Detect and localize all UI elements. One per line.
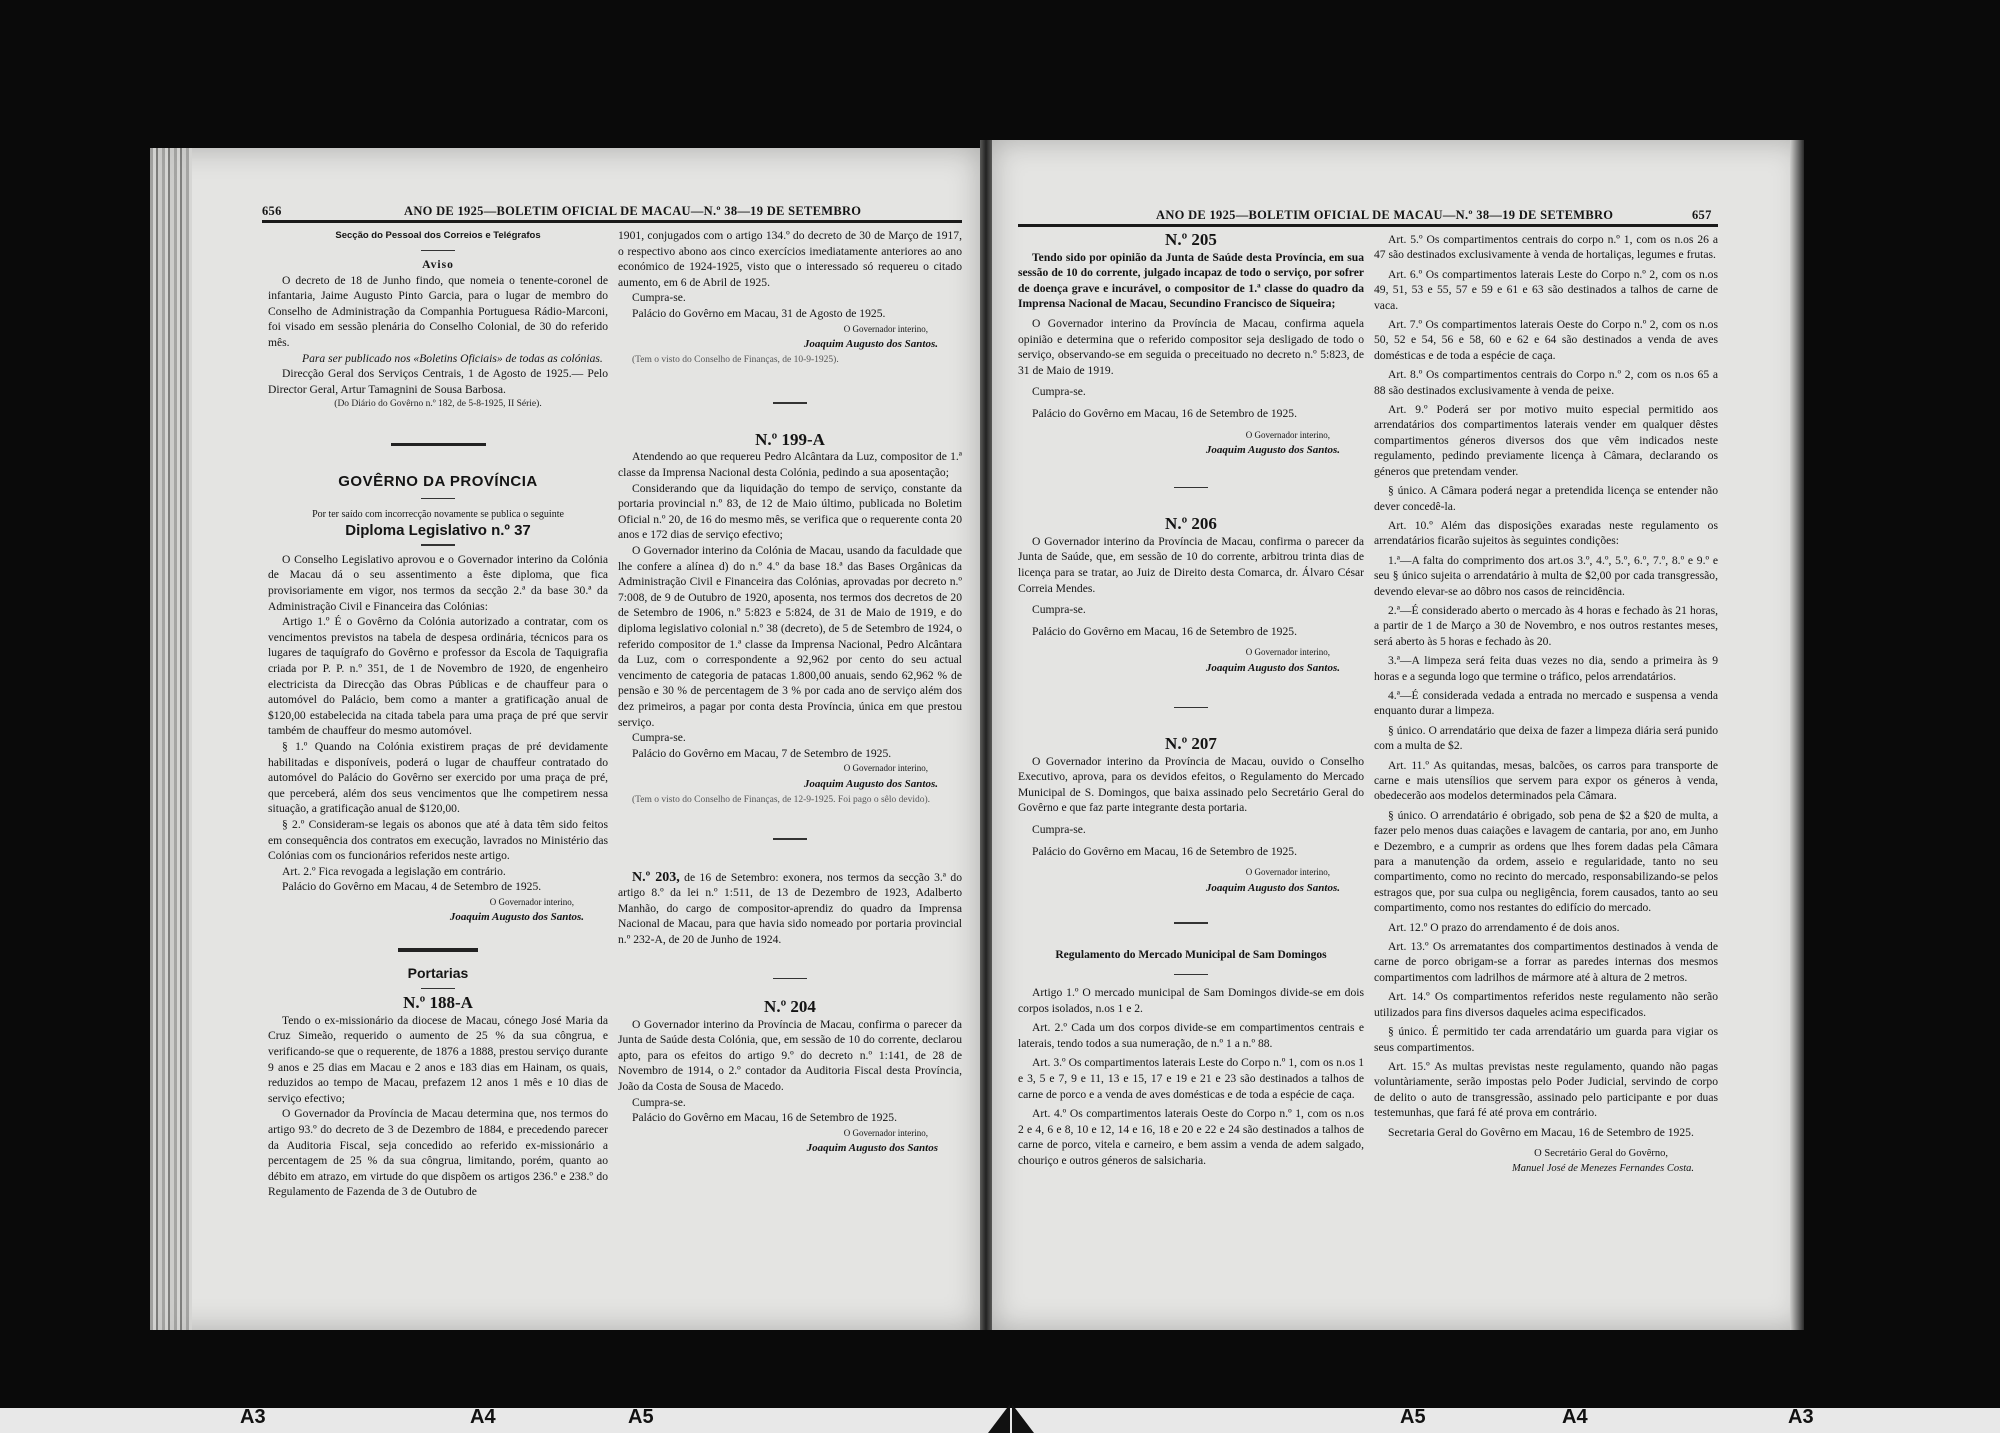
diploma-paragraph: Artigo 1.º É o Govêrno da Colónia autori… (268, 614, 608, 739)
film-mark: A4 (470, 1406, 496, 1429)
regulation-article: Art. 5.º Os compartimentos centrais do c… (1374, 232, 1718, 263)
signature-name: Manuel José de Menezes Fernandes Costa. (1374, 1161, 1718, 1176)
portaria-207-title: N.º 207 (1018, 736, 1364, 752)
signature-name: Joaquim Augusto dos Santos. (268, 910, 608, 926)
section-divider (1174, 922, 1208, 924)
cumpra-se: Cumpra-se. (1018, 602, 1364, 618)
signature-name: Joaquim Augusto dos Santos (618, 1141, 962, 1157)
regulation-article: Art. 3.º Os compartimentos laterais Lest… (1018, 1055, 1364, 1102)
signature-role: O Governador interino, (1018, 865, 1364, 881)
date-line: Palácio do Govêrno em Macau, 16 de Setem… (1018, 624, 1364, 640)
date-line: Palácio do Govêrno em Macau, 16 de Setem… (1018, 406, 1364, 422)
section-divider (1174, 707, 1208, 709)
republish-note: Por ter saído com incorrecção novamente … (268, 507, 608, 523)
portaria-203-number: N.º 203, (632, 870, 680, 885)
page-number-left: 656 (262, 204, 282, 219)
regulation-article: Art. 10.º Além das disposições exaradas … (1374, 518, 1718, 549)
page-binding-edge (150, 148, 192, 1330)
portaria-204-title: N.º 204 (618, 999, 962, 1015)
film-mark: A5 (1400, 1406, 1426, 1429)
header-rule (1018, 224, 1718, 227)
regulation-article: Art. 4.º Os compartimentos laterais Oest… (1018, 1106, 1364, 1168)
header-rule (262, 220, 962, 223)
regulation-article: Art. 9.º Poderá ser por motivo muito esp… (1374, 402, 1718, 479)
regulation-article: 2.ª—É considerado aberto o mercado às 4 … (1374, 603, 1718, 649)
arrow-left-icon (988, 1404, 1010, 1433)
running-header-right: ANO DE 1925—BOLETIM OFICIAL DE MACAU—N.º… (1156, 208, 1613, 223)
portaria-paragraph: O Governador interino da Província de Ma… (618, 1017, 962, 1095)
regulation-article: Art. 15.º As multas previstas neste regu… (1374, 1059, 1718, 1121)
cumpra-se: Cumpra-se. (618, 730, 962, 746)
cumpra-se: Cumpra-se. (618, 1095, 962, 1111)
page-number-right: 657 (1692, 208, 1712, 223)
regulation-article: 1.ª—A falta do comprimento dos art.os 3.… (1374, 553, 1718, 599)
date-line: Palácio do Govêrno em Macau, 31 de Agost… (618, 306, 962, 322)
portaria-205-title: N.º 205 (1018, 232, 1364, 248)
page-edge (1790, 140, 1804, 1330)
regulation-article: 4.ª—É considerada vedada a entrada no me… (1374, 688, 1718, 719)
signature-role: O Governador interino, (618, 761, 962, 777)
regulation-article: § único. O arrendatário é obrigado, sob … (1374, 808, 1718, 916)
section-divider (398, 948, 478, 952)
aviso-title: Aviso (268, 257, 608, 273)
right-column-2: Art. 5.º Os compartimentos centrais do c… (1374, 232, 1718, 1177)
signature-name: Joaquim Augusto dos Santos. (1018, 443, 1364, 459)
left-column-1: Secção do Pessoal dos Correios e Telégra… (268, 228, 608, 1200)
regulation-article: Art. 7.º Os compartimentos laterais Oest… (1374, 317, 1718, 363)
portaria-188-continued: 1901, conjugados com o artigo 134.º do d… (618, 228, 962, 290)
date-line: Palácio do Govêrno em Macau, 16 de Setem… (618, 1110, 962, 1126)
section-divider (773, 978, 807, 980)
running-header-left: ANO DE 1925—BOLETIM OFICIAL DE MACAU—N.º… (404, 204, 861, 219)
signature-role: O Governador interino, (618, 1126, 962, 1142)
regulation-article: Art. 14.º Os compartimentos referidos ne… (1374, 989, 1718, 1020)
left-page: 656 ANO DE 1925—BOLETIM OFICIAL DE MACAU… (150, 148, 980, 1330)
diploma-paragraph: O Conselho Legislativo aprovou e o Gover… (268, 552, 608, 614)
diploma-paragraph: § 2.º Consideram-se legais os abonos que… (268, 817, 608, 864)
film-mark: A4 (1562, 1406, 1588, 1429)
signature-name: Joaquim Augusto dos Santos. (618, 777, 962, 793)
portaria-paragraph: O Governador interino da Província de Ma… (1018, 754, 1364, 816)
portaria-paragraph: Tendo sido por opinião da Junta de Saúde… (1018, 250, 1364, 312)
film-mark: A3 (1788, 1406, 1814, 1429)
portaria-paragraph: Atendendo ao que requereu Pedro Alcântar… (618, 449, 962, 480)
cumpra-se: Cumpra-se. (618, 290, 962, 306)
section-heading: Secção do Pessoal dos Correios e Telégra… (268, 228, 608, 244)
signature-name: Joaquim Augusto dos Santos. (1018, 881, 1364, 897)
regulation-article: § único. O arrendatário que deixa de faz… (1374, 723, 1718, 754)
film-mark: A3 (240, 1406, 266, 1429)
diploma-paragraph: § 1.º Quando na Colónia existirem praças… (268, 739, 608, 817)
portaria-199-title: N.º 199-A (618, 432, 962, 448)
cumpra-se: Cumpra-se. (1018, 822, 1364, 838)
regulation-article: Art. 13.º Os arrematantes dos compartime… (1374, 939, 1718, 985)
diploma-paragraph: Art. 2.º Fica revogada a legislação em c… (268, 864, 608, 880)
cumpra-se: Cumpra-se. (1018, 384, 1364, 400)
film-mark: A5 (628, 1406, 654, 1429)
portaria-paragraph: Considerando que da liquidação do tempo … (618, 481, 962, 543)
book-gutter (980, 140, 992, 1330)
portaria-paragraph: O Governador interino da Colónia de Maca… (618, 543, 962, 730)
regulation-article: § único. É permitido ter cada arrendatár… (1374, 1024, 1718, 1055)
signature-name: Joaquim Augusto dos Santos. (618, 337, 962, 353)
left-column-2: 1901, conjugados com o artigo 134.º do d… (618, 228, 962, 1157)
government-heading: GOVÊRNO DA PROVÍNCIA (268, 474, 608, 490)
regulation-article: Artigo 1.º O mercado municipal de Sam Do… (1018, 985, 1364, 1016)
portaria-188-title: N.º 188-A (268, 995, 608, 1011)
aviso-note: Para ser publicado nos «Boletins Oficiai… (268, 351, 608, 367)
regulation-article: § único. A Câmara poderá negar a pretend… (1374, 483, 1718, 514)
portaria-206-title: N.º 206 (1018, 516, 1364, 532)
regulation-article: Art. 12.º O prazo do arrendamento é de d… (1374, 920, 1718, 935)
right-page: ANO DE 1925—BOLETIM OFICIAL DE MACAU—N.º… (992, 140, 1804, 1330)
finance-note: (Tem o visto do Conselho de Finanças, de… (618, 793, 962, 809)
regulation-article: Art. 11.º As quitandas, mesas, balcões, … (1374, 758, 1718, 804)
aviso-body: O decreto de 18 de Junho findo, que nome… (268, 273, 608, 351)
date-line: Palácio do Govêrno em Macau, 16 de Setem… (1018, 844, 1364, 860)
section-divider (391, 443, 486, 446)
aviso-signoff: Direcção Geral dos Serviços Centrais, 1 … (268, 366, 608, 397)
section-divider (773, 838, 807, 840)
regulation-closing: Secretaria Geral do Govêrno em Macau, 16… (1374, 1125, 1718, 1140)
portaria-paragraph: O Governador interino da Província de Ma… (1018, 316, 1364, 378)
signature-role: O Secretário Geral do Govêrno, (1374, 1146, 1718, 1161)
section-divider (773, 402, 807, 404)
right-column-1: N.º 205 Tendo sido por opinião da Junta … (1018, 232, 1364, 1169)
regulation-article: 3.ª—A limpeza será feita duas vezes no d… (1374, 653, 1718, 684)
section-divider (1174, 487, 1208, 489)
signature-role: O Governador interino, (618, 322, 962, 338)
signature-name: Joaquim Augusto dos Santos. (1018, 661, 1364, 677)
portaria-paragraph: O Governador interino da Província de Ma… (1018, 534, 1364, 596)
portaria-paragraph: O Governador da Província de Macau deter… (268, 1106, 608, 1200)
finance-note: (Tem o visto do Conselho de Finanças, de… (618, 353, 962, 369)
diploma-paragraph: Palácio do Govêrno em Macau, 4 de Setemb… (268, 879, 608, 895)
signature-role: O Governador interino, (1018, 645, 1364, 661)
regulation-article: Art. 6.º Os compartimentos laterais Lest… (1374, 267, 1718, 313)
diploma-title: Diploma Legislativo n.º 37 (268, 523, 608, 539)
regulation-article: Art. 8.º Os compartimentos centrais do C… (1374, 367, 1718, 398)
regulation-article: Art. 2.º Cada um dos corpos divide-se em… (1018, 1020, 1364, 1051)
signature-role: O Governador interino, (268, 895, 608, 911)
portaria-paragraph: Tendo o ex-missionário da diocese de Mac… (268, 1013, 608, 1107)
arrow-right-icon (1012, 1404, 1034, 1433)
regulation-title: Regulamento do Mercado Municipal de Sam … (1018, 948, 1364, 964)
portarias-heading: Portarias (268, 966, 608, 982)
signature-role: O Governador interino, (1018, 428, 1364, 444)
aviso-source: (Do Diário do Govêrno n.º 182, de 5-8-19… (268, 397, 608, 413)
date-line: Palácio do Govêrno em Macau, 7 de Setemb… (618, 746, 962, 762)
